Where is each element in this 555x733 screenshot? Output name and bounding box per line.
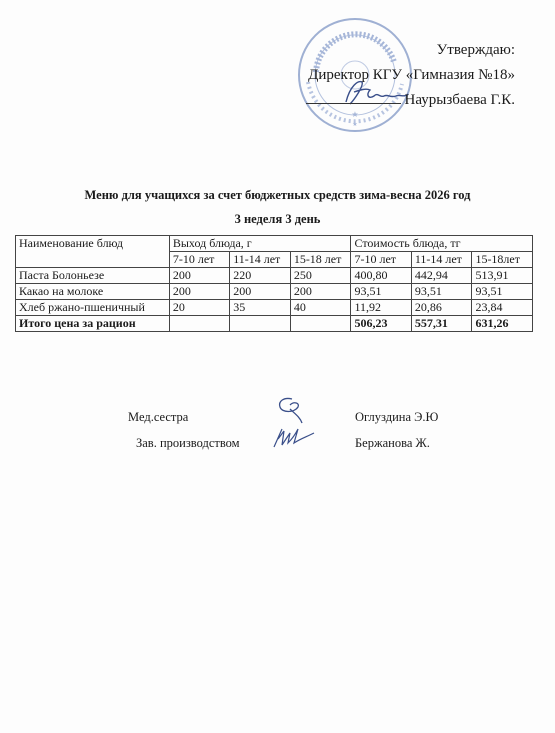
header-yield-age: 15-18 лет bbox=[290, 252, 351, 268]
cost-cell: 93,51 bbox=[411, 284, 472, 300]
header-yield-age: 11-14 лет bbox=[230, 252, 291, 268]
table-row: Паста Болоньезе 200 220 250 400,80 442,9… bbox=[16, 268, 533, 284]
production-signature bbox=[270, 425, 316, 449]
table-row: Какао на молоке 200 200 200 93,51 93,51 … bbox=[16, 284, 533, 300]
header-yield-age: 7-10 лет bbox=[169, 252, 229, 268]
dish-name: Какао на молоке bbox=[16, 284, 170, 300]
cost-cell: 93,51 bbox=[472, 284, 533, 300]
production-name: Бержанова Ж. bbox=[355, 436, 430, 451]
approval-heading: Утверждаю: bbox=[306, 38, 515, 63]
total-label: Итого цена за рацион bbox=[16, 316, 170, 332]
header-yield-group: Выход блюда, г bbox=[169, 236, 351, 252]
approval-signature-line: Наурызбаева Г.К. bbox=[306, 88, 515, 113]
header-dish-name: Наименование блюд bbox=[16, 236, 170, 268]
yield-cell: 200 bbox=[230, 284, 291, 300]
header-cost-age: 15-18лет bbox=[472, 252, 533, 268]
empty-cell bbox=[230, 316, 291, 332]
production-role: Зав. производством bbox=[136, 436, 240, 451]
yield-cell: 250 bbox=[290, 268, 351, 284]
cost-cell: 20,86 bbox=[411, 300, 472, 316]
total-cost-cell: 631,26 bbox=[472, 316, 533, 332]
document-title: Меню для учащихся за счет бюджетных сред… bbox=[0, 188, 555, 203]
nurse-signature bbox=[272, 395, 308, 425]
nurse-role: Мед.сестра bbox=[128, 410, 188, 425]
yield-cell: 200 bbox=[169, 268, 229, 284]
header-cost-group: Стоимость блюда, тг bbox=[351, 236, 533, 252]
yield-cell: 200 bbox=[290, 284, 351, 300]
cost-cell: 513,91 bbox=[472, 268, 533, 284]
cost-cell: 400,80 bbox=[351, 268, 411, 284]
nurse-name: Оглуздина Э.Ю bbox=[355, 410, 438, 425]
table-row: Хлеб ржано-пшеничный 20 35 40 11,92 20,8… bbox=[16, 300, 533, 316]
dish-name: Хлеб ржано-пшеничный bbox=[16, 300, 170, 316]
header-cost-age: 11-14 лет bbox=[411, 252, 472, 268]
header-cost-age: 7-10 лет bbox=[351, 252, 411, 268]
director-name: Наурызбаева Г.К. bbox=[405, 92, 515, 108]
total-cost-cell: 557,31 bbox=[411, 316, 472, 332]
yield-cell: 40 bbox=[290, 300, 351, 316]
yield-cell: 35 bbox=[230, 300, 291, 316]
total-cost-cell: 506,23 bbox=[351, 316, 411, 332]
yield-cell: 200 bbox=[169, 284, 229, 300]
svg-text:★: ★ bbox=[352, 121, 357, 128]
menu-table: Наименование блюд Выход блюда, г Стоимос… bbox=[15, 235, 533, 332]
total-row: Итого цена за рацион 506,23 557,31 631,2… bbox=[16, 316, 533, 332]
approval-position: Директор КГУ «Гимназия №18» bbox=[306, 63, 515, 88]
signature-underline bbox=[306, 103, 401, 104]
yield-cell: 20 bbox=[169, 300, 229, 316]
empty-cell bbox=[290, 316, 351, 332]
document-subtitle: 3 неделя 3 день bbox=[0, 212, 555, 227]
empty-cell bbox=[169, 316, 229, 332]
cost-cell: 93,51 bbox=[351, 284, 411, 300]
header-row-group: Наименование блюд Выход блюда, г Стоимос… bbox=[16, 236, 533, 252]
yield-cell: 220 bbox=[230, 268, 291, 284]
approval-block: Утверждаю: Директор КГУ «Гимназия №18» Н… bbox=[306, 38, 515, 113]
cost-cell: 442,94 bbox=[411, 268, 472, 284]
cost-cell: 23,84 bbox=[472, 300, 533, 316]
dish-name: Паста Болоньезе bbox=[16, 268, 170, 284]
cost-cell: 11,92 bbox=[351, 300, 411, 316]
